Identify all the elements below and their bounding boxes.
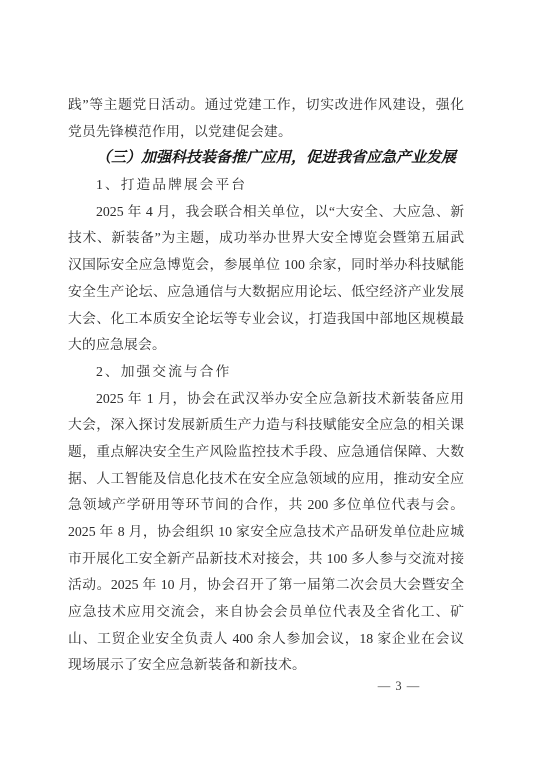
text-line: 题，重点解决安全生产风险监控技术手段、应急通信保障、大数 <box>68 439 464 466</box>
text-line: 据、人工智能及信息化技术在安全应急领域的应用，推动安全应 <box>68 466 464 493</box>
text-line: 2025 年 1 月，协会在武汉举办安全应急新技术新装备应用 <box>68 386 464 413</box>
text-line: 急领域产学研用等环节间的合作，共 200 多位单位代表与会。 <box>68 492 464 519</box>
text-line: 安全生产论坛、应急通信与大数据应用论坛、低空经济产业发展 <box>68 279 464 306</box>
sub-heading: 2、加强交流与合作 <box>68 359 464 386</box>
text-line: 党员先锋模范作用，以党建促会建。 <box>68 119 464 146</box>
text-line: 活动。2025 年 10 月，协会召开了第一届第二次会员大会暨安全 <box>68 572 464 599</box>
text-line: 大会，深入探讨发展新质生产力造与科技赋能安全应急的相关课 <box>68 412 464 439</box>
text-line: 2025 年 8 月，协会组织 10 家安全应急技术产品研发单位赴应城 <box>68 519 464 546</box>
document-body: 践”等主题党日活动。通过党建工作，切实改进作风建设，强化 党员先锋模范作用，以党… <box>68 92 464 679</box>
text-line: 汉国际安全应急博览会，参展单位 100 余家，同时举办科技赋能 <box>68 252 464 279</box>
text-line: 2025 年 4 月，我会联合相关单位，以“大安全、大应急、新 <box>68 199 464 226</box>
text-line: 大会、化工本质安全论坛等专业会议，打造我国中部地区规模最 <box>68 306 464 333</box>
text-line: 市开展化工安全新产品新技术对接会，共 100 多人参与交流对接 <box>68 546 464 573</box>
sub-heading: 1、打造品牌展会平台 <box>68 172 464 199</box>
section-heading: （三）加强科技装备推广应用，促进我省应急产业发展 <box>68 145 464 172</box>
document-page: 践”等主题党日活动。通过党建工作，切实改进作风建设，强化 党员先锋模范作用，以党… <box>0 0 543 768</box>
text-line: 践”等主题党日活动。通过党建工作，切实改进作风建设，强化 <box>68 92 464 119</box>
page-number: — 3 — <box>372 679 426 693</box>
text-line: 山、工贸企业安全负责人 400 余人参加会议，18 家企业在会议 <box>68 626 464 653</box>
text-line: 应急技术应用交流会，来自协会会员单位代表及全省化工、矿 <box>68 599 464 626</box>
text-line: 现场展示了安全应急新装备和新技术。 <box>68 652 464 679</box>
text-line: 技术、新装备”为主题，成功举办世界大安全博览会暨第五届武 <box>68 225 464 252</box>
text-line: 大的应急展会。 <box>68 332 464 359</box>
